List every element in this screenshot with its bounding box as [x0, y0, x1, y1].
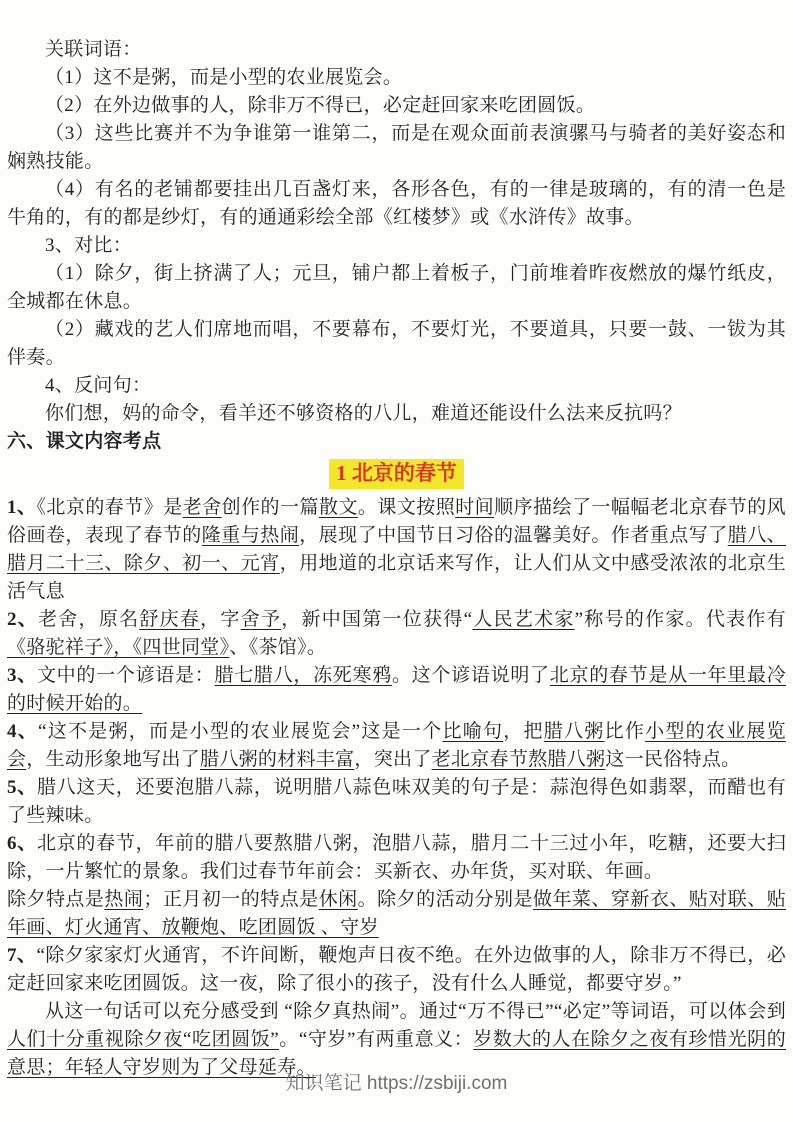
text-run: ，字 [200, 609, 241, 630]
paragraph: （2）在外边做事的人，除非万不得已，必定赶回家来吃团圆饭。 [7, 92, 786, 120]
text-run: 从这一句话可以充分感受到 “除夕真热闹”。通过“万不得已”“必定”等词语，可以体… [45, 1001, 786, 1022]
text-run: 3、 [7, 665, 37, 686]
text-run: （1）这不是粥，而是小型的农业展览会。 [45, 67, 402, 88]
text-run: ，生动形象地写出了 [26, 749, 200, 770]
text-run: ，把 [503, 721, 544, 742]
text-run: 4、 [7, 721, 38, 742]
text-run: 。这个谚语说明了 [392, 665, 550, 686]
paragraph: （3）这些比赛并不为争谁第一谁第二，而是在观众面前表演骡马与骑者的美好姿态和娴熟… [7, 120, 786, 176]
text-run: 7、 [7, 945, 37, 966]
text-run: 。“守岁”有两重意义： [279, 1029, 473, 1050]
key-term: 腊八粥的材料丰富 [200, 749, 354, 770]
text-run: 腊八这天，还要泡腊八蒜，说明腊八蒜色味双美的句子是：蒜泡得色如翡翠，而醋也有了些… [7, 777, 786, 826]
text-run: 、《茶馆》。 [229, 637, 326, 658]
key-term: 人民艺术家 [472, 609, 574, 630]
section-heading: 六、课文内容考点 [7, 428, 786, 456]
paragraph: 4、反问句： [7, 372, 786, 400]
text-run: 这一民俗特点。 [605, 749, 740, 770]
text-run: ；正月初一的特点是 [143, 889, 318, 910]
text-run: （3）这些比赛并不为争谁第一谁第二，而是在观众面前表演骡马与骑者的美好姿态和娴熟… [7, 123, 786, 172]
paragraph: （2）藏戏的艺人们席地而唱，不要幕布，不要灯光，不要道具，只要一鼓、一钹为其伴奏… [7, 316, 786, 372]
paragraph: 3、文中的一个谚语是：腊七腊八，冻死寒鸦。这个谚语说明了北京的春节是从一年里最冷… [7, 662, 786, 718]
document-page: 关联词语：（1）这不是粥，而是小型的农业展览会。（2）在外边做事的人，除非万不得… [0, 0, 793, 1082]
text-run: 六、课文内容考点 [7, 431, 161, 452]
paragraph: 除夕特点是热闹；正月初一的特点是休闲。除夕的活动分别是做年菜、穿新衣、贴对联、贴… [7, 886, 786, 942]
paragraph: 1、《北京的春节》是老舍创作的一篇散文。课文按照时间顺序描绘了一幅幅老北京春节的… [7, 494, 786, 606]
footer-watermark-text: 知识笔记 https://zsbiji.com [286, 1073, 508, 1094]
text-run: 1、 [7, 497, 36, 518]
text-run: （1）除夕，街上挤满了人；元旦，铺户都上着板子，门前堆着昨夜燃放的爆竹纸皮，全城… [7, 263, 786, 312]
document-body-main: 1、《北京的春节》是老舍创作的一篇散文。课文按照时间顺序描绘了一幅幅老北京春节的… [7, 494, 786, 1082]
key-term: 时间 [455, 497, 494, 518]
text-run: 比作 [605, 721, 646, 742]
text-run: 5、 [7, 777, 37, 798]
key-term: 休闲 [319, 889, 358, 910]
text-run: 3、对比： [45, 235, 132, 256]
paragraph: （1）除夕，街上挤满了人；元旦，铺户都上着板子，门前堆着昨夜燃放的爆竹纸皮，全城… [7, 260, 786, 316]
key-term: 人们十分重视除夕夜“吃团圆饭” [7, 1029, 279, 1050]
text-run: 6、 [7, 833, 37, 854]
paragraph: （4）有名的老铺都要挂出几百盏灯来，各形各色，有的一律是玻璃的，有的清一色是牛角… [7, 176, 786, 232]
text-run: “这不是粥，而是小型的农业展览会”这是一个 [38, 721, 442, 742]
text-run: （4）有名的老铺都要挂出几百盏灯来，各形各色，有的一律是玻璃的，有的清一色是牛角… [7, 179, 786, 228]
key-term: 《骆驼祥子》，《四世同堂》 [7, 637, 229, 658]
text-run: 创作的一篇 [222, 497, 319, 518]
paragraph: 5、腊八这天，还要泡腊八蒜，说明腊八蒜色味双美的句子是：蒜泡得色如翡翠，而醋也有… [7, 774, 786, 830]
key-term: 热闹 [104, 889, 143, 910]
key-term: 腊七腊八，冻死寒鸦 [214, 665, 392, 686]
document-body-top: 关联词语：（1）这不是粥，而是小型的农业展览会。（2）在外边做事的人，除非万不得… [7, 36, 786, 456]
key-term: 老舍 [183, 497, 222, 518]
paragraph: 3、对比： [7, 232, 786, 260]
key-term: 舒庆春 [139, 609, 200, 630]
lesson-title: 1 北京的春节 [329, 459, 464, 489]
key-term: 腊八粥 [544, 721, 605, 742]
text-run: “除夕家家灯火通宵，不许间断，鞭炮声日夜不绝。在外边做事的人，除非万不得已，必定… [7, 945, 786, 994]
text-run: ，新中国第一位获得“ [281, 609, 472, 630]
text-run: 你们想，妈的命令，看羊还不够资格的八儿，难道还能设什么法来反抗吗？ [45, 403, 682, 424]
key-term: 老北京春节熬腊八粥 [432, 749, 606, 770]
text-run: 《北京的春节》是 [36, 497, 182, 518]
paragraph: 关联词语： [7, 36, 786, 64]
text-run: 。除夕的活动分别是 [358, 889, 533, 910]
text-run: ，展现了中国节日习俗的温馨美好。作者重点写了 [299, 525, 728, 546]
text-run: 文中的一个谚语是： [37, 665, 215, 686]
text-run: （2）在外边做事的人，除非万不得已，必定赶回家来吃团圆饭。 [45, 95, 595, 116]
lesson-title-row: 1 北京的春节 [7, 459, 786, 490]
paragraph: 你们想，妈的命令，看羊还不够资格的八儿，难道还能设什么法来反抗吗？ [7, 400, 786, 428]
key-term: 散文 [319, 497, 358, 518]
paragraph: 6、北京的春节，年前的腊八要熬腊八粥，泡腊八蒜，腊月二十三过小年，吃糖，还要大扫… [7, 830, 786, 886]
key-term: 比喻句 [442, 721, 503, 742]
key-term: 隆重与热闹 [202, 525, 299, 546]
text-run: 关联词语： [45, 39, 142, 60]
key-term: 舍予 [241, 609, 282, 630]
paragraph: 4、“这不是粥，而是小型的农业展览会”这是一个比喻句，把腊八粥比作小型的农业展览… [7, 718, 786, 774]
text-run: 除夕特点是 [7, 889, 104, 910]
page-footer: 知识笔记 https://zsbiji.com [0, 1068, 793, 1095]
text-run: （2）藏戏的艺人们席地而唱，不要幕布，不要灯光，不要道具，只要一鼓、一钹为其伴奏… [7, 319, 786, 368]
text-run: ，突出了 [354, 749, 431, 770]
text-run: 4、反问句： [45, 375, 151, 396]
text-run: 北京的春节，年前的腊八要熬腊八粥，泡腊八蒜，腊月二十三过小年，吃糖，还要大扫除，… [7, 833, 786, 882]
text-run: 。课文按照 [358, 497, 455, 518]
paragraph: （1）这不是粥，而是小型的农业展览会。 [7, 64, 786, 92]
text-run: 2、 [7, 609, 38, 630]
paragraph: 7、“除夕家家灯火通宵，不许间断，鞭炮声日夜不绝。在外边做事的人，除非万不得已，… [7, 942, 786, 998]
text-run: ”称号的作家。代表作有 [575, 609, 786, 630]
text-run: 老舍，原名 [38, 609, 139, 630]
paragraph: 2、老舍，原名舒庆春，字舍予，新中国第一位获得“人民艺术家”称号的作家。代表作有… [7, 606, 786, 662]
